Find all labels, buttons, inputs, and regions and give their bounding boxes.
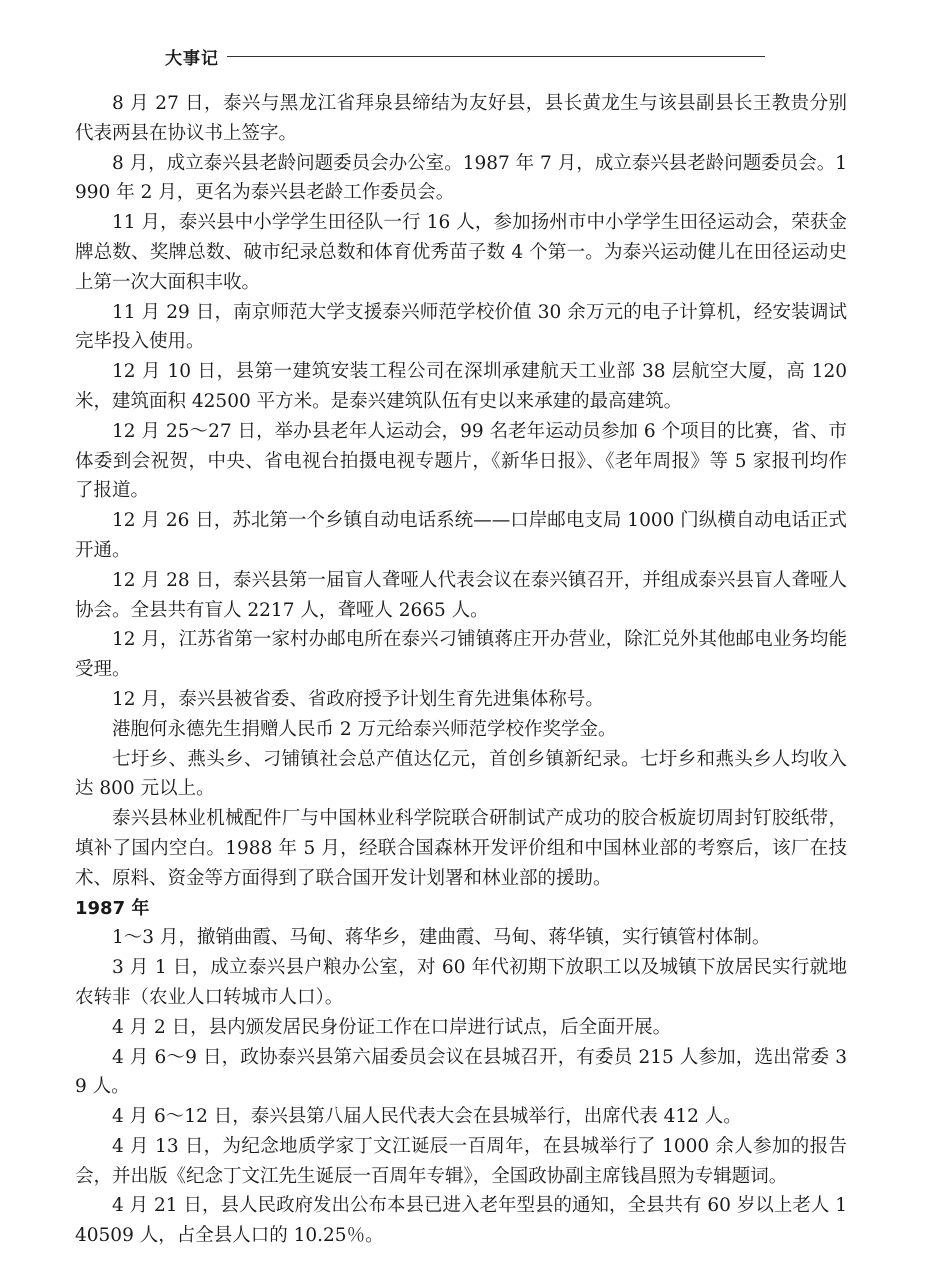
entry-paragraph: 8 月 27 日，泰兴与黑龙江省拜泉县缔结为友好县，县长黄龙生与该县副县长王教贵… [75,89,847,149]
entry-paragraph: 12 月 28 日，泰兴县第一届盲人聋哑人代表会议在泰兴镇召开，并组成泰兴县盲人… [75,566,847,626]
running-header-title: 大事记 [165,44,219,69]
entry-paragraph: 12 月 26 日，苏北第一个乡镇自动电话系统——口岸邮电支局 1000 门纵横… [75,506,847,566]
header-rule-divider [227,56,765,57]
entry-paragraph: 12 月，江苏省第一家村办邮电所在泰兴刁铺镇蒋庄开办营业，除汇兑外其他邮电业务均… [75,625,847,685]
entry-paragraph: 4 月 21 日，县人民政府发出公布本县已进入老年型县的通知，全县共有 60 岁… [75,1191,847,1251]
entry-paragraph: 11 月 29 日，南京师范大学支援泰兴师范学校价值 30 余万元的电子计算机，… [75,298,847,358]
entry-paragraph: 4 月 2 日，县内颁发居民身份证工作在口岸进行试点，后全面开展。 [75,1013,847,1043]
entry-paragraph: 4 月 6～12 日，泰兴县第八届人民代表大会在县城举行，出席代表 412 人。 [75,1102,847,1132]
entry-paragraph: 4 月 6～9 日，政协泰兴县第六届委员会议在县城召开，有委员 215 人参加，… [75,1043,847,1103]
page-body: 8 月 27 日，泰兴与黑龙江省拜泉县缔结为友好县，县长黄龙生与该县副县长王教贵… [75,89,847,1251]
entry-paragraph: 港胞何永德先生捐赠人民币 2 万元给泰兴师范学校作奖学金。 [75,715,847,745]
entry-paragraph: 8 月，成立泰兴县老龄问题委员会办公室。1987 年 7 月，成立泰兴县老龄问题… [75,149,847,209]
entry-paragraph: 1～3 月，撤销曲霞、马甸、蒋华乡，建曲霞、马甸、蒋华镇，实行镇管村体制。 [75,923,847,953]
entry-paragraph: 11 月，泰兴县中小学学生田径队一行 16 人，参加扬州市中小学学生田径运动会，… [75,208,847,297]
entry-paragraph: 4 月 13 日，为纪念地质学家丁文江诞辰一百周年，在县城举行了 1000 余人… [75,1132,847,1192]
entry-paragraph: 12 月 10 日，县第一建筑安装工程公司在深圳承建航天工业部 38 层航空大厦… [75,357,847,417]
entry-paragraph: 泰兴县林业机械配件厂与中国林业科学院联合研制试产成功的胶合板旋切周封钉胶纸带，填… [75,804,847,893]
entry-paragraph: 12 月，泰兴县被省委、省政府授予计划生育先进集体称号。 [75,685,847,715]
entry-paragraph: 12 月 25～27 日，举办县老年人运动会，99 名老年运动员参加 6 个项目… [75,417,847,506]
running-header: 大事记 [165,44,765,68]
year-heading: 1987 年 [75,894,847,924]
entry-paragraph: 七圩乡、燕头乡、刁铺镇社会总产值达亿元，首创乡镇新纪录。七圩乡和燕头乡人均收入达… [75,745,847,805]
entry-paragraph: 3 月 1 日，成立泰兴县户粮办公室，对 60 年代初期下放职工以及城镇下放居民… [75,953,847,1013]
